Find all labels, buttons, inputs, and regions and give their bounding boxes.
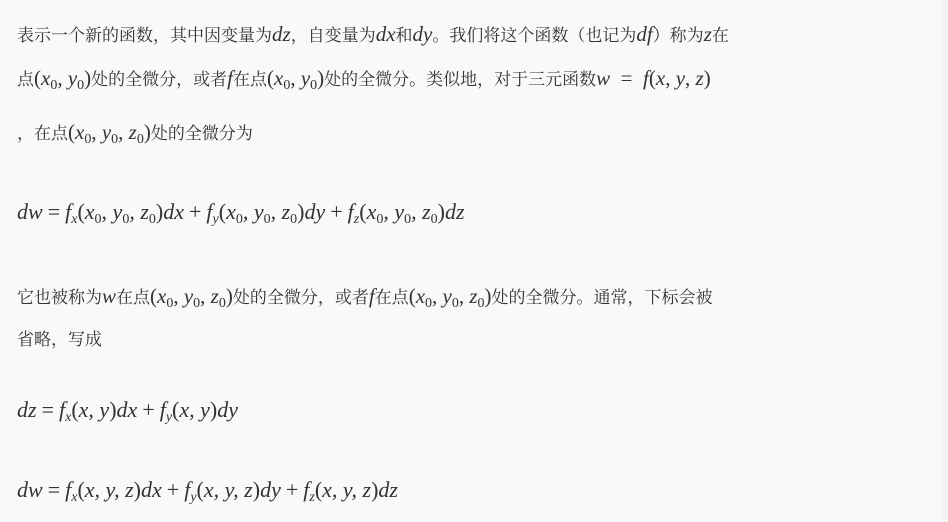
text: 处的全微分。类似地，对于三元函数 — [324, 70, 596, 90]
equation-dw: dw=fx(x, y, z)dx+fy(x, y, z)dy+fz(x, y, … — [17, 476, 398, 512]
text: ，自变量为 — [291, 26, 376, 46]
math-point-x0-y0-z0: (x0, y0, z0) — [68, 120, 151, 144]
scroll-edge — [942, 0, 948, 522]
math-dy: dy — [413, 22, 433, 46]
math-point-x0-y0-z0: (x0, y0, z0) — [409, 284, 492, 308]
text: 处的全微分为 — [151, 124, 253, 144]
text: ，在点 — [17, 124, 68, 144]
text: ）称为 — [653, 26, 704, 46]
text: 在点 — [116, 288, 150, 308]
text: 省略，写成 — [17, 330, 102, 350]
text: 。我们将这个函数（也记为 — [432, 26, 636, 46]
math-point-x0-y0: (x0, y0) — [267, 66, 324, 90]
paragraph-2-line-1: 它也被称为w在点(x0, y0, z0)处的全微分，或者f在点(x0, y0, … — [17, 284, 713, 316]
text: 在点 — [233, 70, 267, 90]
math-dz: dz — [272, 22, 291, 46]
math-z: z — [704, 22, 712, 46]
paragraph-1-line-1: 表示一个新的函数，其中因变量为dz，自变量为dx和dy。我们将这个函数（也记为d… — [17, 22, 729, 48]
text: 在点 — [375, 288, 409, 308]
math-df: df — [636, 22, 652, 46]
text: 处的全微分，或者 — [91, 70, 227, 90]
text: 点 — [17, 70, 34, 90]
text: 和 — [396, 26, 413, 46]
text: 表示一个新的函数，其中因变量为 — [17, 26, 272, 46]
math-dx: dx — [376, 22, 396, 46]
text: 在 — [712, 26, 729, 46]
text: 处的全微分。通常，下标会被 — [492, 288, 713, 308]
equation-dz: dz=fx(x, y)dx+fy(x, y)dy — [17, 396, 238, 432]
math-point-x0-y0-z0: (x0, y0, z0) — [150, 284, 233, 308]
paragraph-2-line-2: 省略，写成 — [17, 328, 102, 352]
paragraph-1-line-2: 点(x0, y0)处的全微分，或者f在点(x0, y0)处的全微分。类似地，对于… — [17, 66, 711, 98]
math-w: w — [102, 284, 116, 308]
text: 它也被称为 — [17, 288, 102, 308]
equation-dw-at-point: dw=fx(x0, y0, z0)dx+fy(x0, y0, z0)dy+fz(… — [17, 198, 465, 234]
paragraph-1-line-3: ，在点(x0, y0, z0)处的全微分为 — [17, 120, 253, 152]
text: 处的全微分，或者 — [233, 288, 369, 308]
math-point-x0-y0: (x0, y0) — [34, 66, 91, 90]
math-w-equals-f-xyz: w = f(x, y, z) — [596, 66, 711, 90]
